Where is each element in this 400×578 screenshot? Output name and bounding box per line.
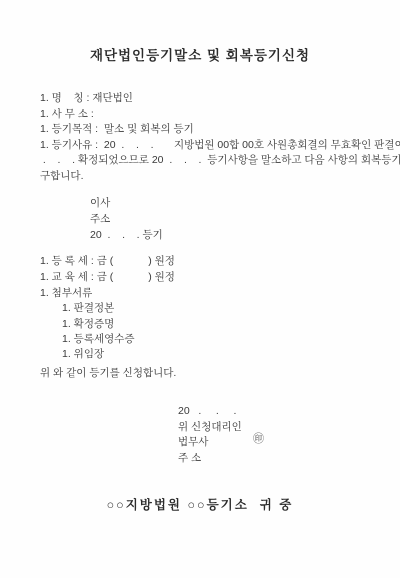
signature-address: 주 소 <box>178 452 201 465</box>
signature-applicant: 위 신청대리인 <box>178 421 242 434</box>
attachments-header: 1. 첨부서류 <box>40 287 92 300</box>
tax-education: 1. 교 육 세 : 금 ( ) 원정 <box>40 271 175 284</box>
field-name: 1. 명 칭 : 재단법인 <box>40 92 133 105</box>
attachment-item-tax-receipt: 1. 등록세영수증 <box>62 333 135 346</box>
footer-court-address: ○○지방법원 ○○등기소 귀 중 <box>0 495 400 513</box>
seal-icon: ㊞ <box>253 434 264 445</box>
field-reason-line2: . . . 확정되었으므로 20 . . . 등기사항을 말소하고 다음 사항의… <box>40 154 400 167</box>
signature-date: 20 . . . <box>178 405 236 418</box>
signature-agent: 법무사 <box>178 436 208 449</box>
tax-registration: 1. 등 록 세 : 금 ( ) 원정 <box>40 255 175 268</box>
restore-date: 20 . . . 등기 <box>90 229 163 242</box>
restore-address: 주소 <box>90 213 110 226</box>
document-title: 재단법인등기말소 및 회복등기신청 <box>0 44 400 64</box>
field-purpose: 1. 등기목적 : 말소 및 회복의 등기 <box>40 123 194 136</box>
attachment-item-confirmation: 1. 확정증명 <box>62 318 114 331</box>
field-reason-line1: 1. 등기사유 : 20 . . . 지방법원 00합 00호 사원총회결의 무… <box>40 139 400 152</box>
closing-statement: 위 와 같이 등기를 신청합니다. <box>40 367 176 380</box>
restore-director: 이사 <box>90 197 110 210</box>
document-page: 재단법인등기말소 및 회복등기신청 1. 명 칭 : 재단법인 1. 사 무 소… <box>0 0 400 578</box>
attachment-item-judgment-copy: 1. 판결정본 <box>62 302 114 315</box>
attachment-item-power-of-attorney: 1. 위임장 <box>62 348 104 361</box>
field-reason-line3: 구합니다. <box>40 170 84 183</box>
field-office: 1. 사 무 소 : <box>40 108 94 121</box>
